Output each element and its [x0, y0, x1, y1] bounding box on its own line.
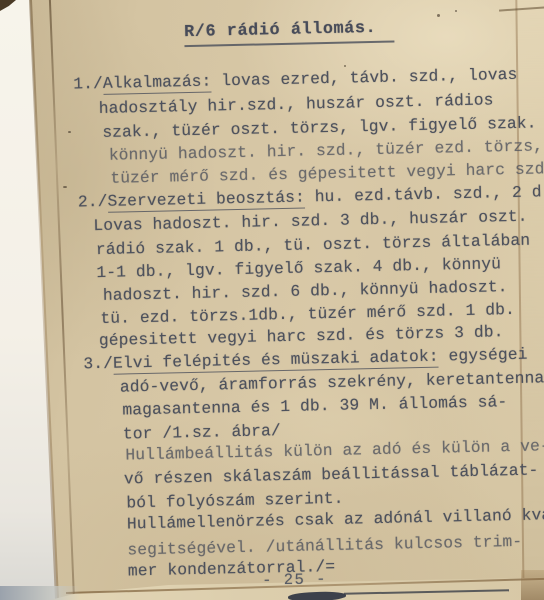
- doc-line: 1./Alkalmazás: lovas ezred, távb. szd., …: [73, 65, 518, 95]
- item-number: 3./: [83, 354, 113, 374]
- line-text: hu. ezd.távb. szd., 2 d: [305, 182, 542, 206]
- line-text: egységei: [438, 345, 527, 366]
- item-lead-underlined: Elvi felépités és müszaki adatok:: [113, 347, 439, 375]
- item-number: 1./: [73, 74, 103, 94]
- line-text: hadosztály hir.szd., huszár oszt. rádios: [99, 90, 494, 118]
- item-lead-underlined: Szervezeti beosztás:: [107, 188, 305, 213]
- line-text: lovas ezred, távb. szd., lovas: [211, 65, 517, 91]
- line-text: segitségével. /utánállitás kulcsos trim-: [127, 532, 522, 560]
- page-number: - 25 -: [262, 570, 327, 589]
- doc-line: vő részen skálaszám beállitással tábláza…: [124, 460, 539, 489]
- scanned-document-page: R/6 rádió állomás. 1./Alkalmazás: lovas …: [0, 0, 544, 600]
- doc-line: tor /1.sz. ábra/: [123, 421, 281, 444]
- line-text: vő részen skálaszám beállitással tábláza…: [124, 460, 539, 488]
- page-title: R/6 rádió állomás.: [184, 19, 395, 48]
- item-number: 2./: [78, 192, 108, 212]
- line-text: tor /1.sz. ábra/: [123, 421, 281, 443]
- doc-line: magasantenna és 1 db. 39 M. állomás sá-: [122, 392, 507, 420]
- item-lead-underlined: Alkalmazás:: [103, 72, 212, 95]
- line-text: ból folyószám szerint.: [126, 489, 344, 513]
- typewritten-text-layer: R/6 rádió állomás. 1./Alkalmazás: lovas …: [0, 0, 544, 600]
